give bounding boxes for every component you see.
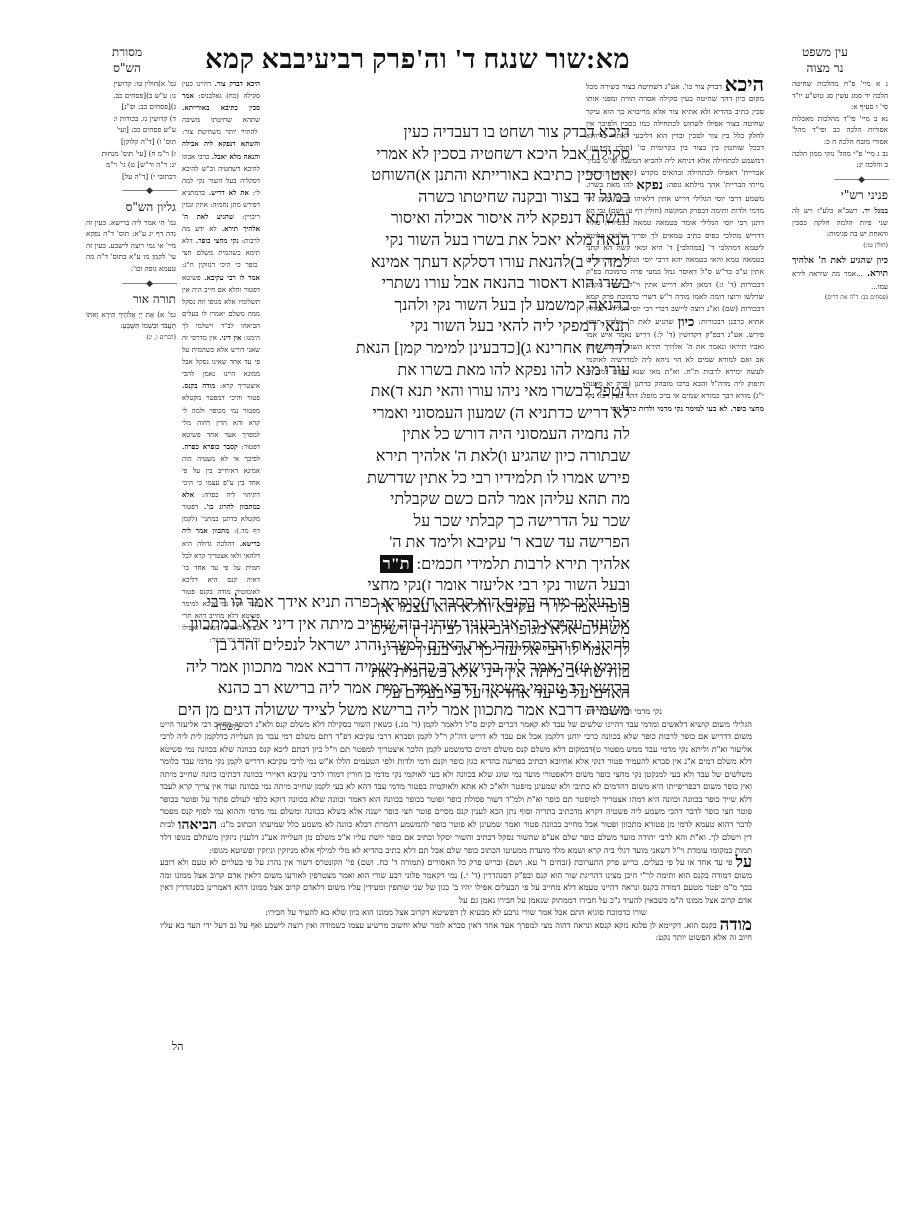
tosafot-continuation: נקי מדמי ולדות כרבי יוסי [160, 705, 752, 718]
gemara-line: שכר על הדרישה כך קבלתי שכר על [264, 511, 630, 533]
rashi-dh: את לא דריש. [209, 189, 249, 197]
rashi-body: היכא דבדק צור. דהיינו כעין סקילה (כח) גא… [182, 78, 260, 646]
gemara-line: במגל יד בצור ובקנה שחיטתו כשרה [264, 187, 630, 209]
gemara-line: והשתא דנפקא ליה איסור אכילה ואיסור [264, 208, 630, 230]
gilyon-hashas-title: גליון הש"ס [86, 202, 176, 214]
gemara-line-text: אלהיך תירא לרבות תלמידי חכמים: [413, 555, 630, 573]
ner-mitzvah-label-line: נר מצוה [790, 60, 860, 76]
ornament-divider: ―――◆――― [792, 175, 888, 187]
ein-mishpat-label-line: עין משפט [790, 44, 860, 60]
rashi-dh: מודה בקנס. [182, 382, 215, 390]
mesoret-line: יג: ד"ה ור"ש] ט) גי' ר"מ [86, 159, 176, 171]
mesoret-hashas-column: גמ' א)חולין טו: קדושין נו: ע"ש ב)[פסחים … [86, 78, 176, 343]
gemara-line: מה תהא עליהן אמר להם כשם שקבלתי [264, 489, 630, 511]
rashi-dh: אמר לו רבי עקיבא. [204, 274, 260, 282]
mesoret-line: נו: ע"ש ב)[פסחים כב. [86, 90, 176, 102]
chapter-title: פרק רביעי [307, 44, 416, 75]
pninei-rashi-title: פניני רש"י [792, 190, 888, 202]
mesoret-line: דכתובי י) [ד"ה על] [86, 171, 176, 183]
hashas-label-line: הש"ס [92, 60, 162, 76]
gemara-line: פי בעלים מודה בקנס הוא קסבר ח)כופרא כפרה… [176, 592, 630, 614]
torah-or-text: גמ' א) אֶת יְיָ אֱלֹהֶיךָ תִּירָא וְאֹתו… [86, 309, 176, 332]
mesoret-line: ע"ש פסחים כב: [ועי' [86, 124, 176, 136]
rashi-text: לפיכך אי לא מעטיה הוה אמינא דאיחייב בין … [182, 455, 260, 499]
rashi-text: שתהא שחיטתו משיבה להתיר יותר משחיטת צור: [182, 116, 260, 136]
mesoret-label-line: מסורת [92, 44, 162, 60]
gemara-line: פירש אמרו לו תלמידיו רבי כל אתין שדרשת [264, 468, 630, 490]
tosafot-dh-large: כיון [678, 315, 694, 330]
mesoret-line: ז) ר"מ ח) [עי' תוס' מנחות [86, 148, 176, 160]
mesoret-line: ד) קדושין נז. בכורות ו: [86, 113, 176, 125]
mesoret-line: ג)[פסחים כב: ופ"נ] [86, 101, 176, 113]
gemara-line: הנאה מלא יאכל את בשרו בעל השור נקי [264, 230, 630, 252]
gemara-line: היכא דבדק צור ושחט בו דעבדיה כעין [264, 122, 630, 144]
tosafot-paragraph: שורו כדמוכח סוגיא התם אבל אמר שורי נרבע … [160, 906, 752, 919]
tosafot-dh-large: היכא [725, 72, 764, 96]
torah-or-ref: (דברים ו, יג) [86, 332, 176, 344]
tosafot-text: פי עד אחד או על פי בעלים. בריש פרק התערו… [160, 857, 752, 905]
tosafot-paragraph: מודה בקנס הוא. דקיימא לן פלגא נזקא קנסא … [160, 919, 752, 944]
gemara-line: תנאי דמפקי ליה להאי בעל השור נקי [264, 316, 630, 338]
tosafot-dh-large: הביאהו [178, 817, 217, 833]
rashi-dh: היכא דבדק צור. [214, 80, 260, 88]
gemara-line: סקילה אבל היכא דשחטיה בסכין לא אמרי [264, 144, 630, 166]
ein-mishpat-column: נ א מיי' פ"ח מהלכות שחיטה הלכה יד סמג עש… [792, 78, 888, 304]
gemara-line: לדרשה אחרינא ג)[כדבעינן למימר קמן] הנאת [264, 338, 630, 360]
gemara-line: לה נחמיה העמסוני היה דורש כל אתין [264, 424, 630, 446]
gemara-line: בהנאה קמשמע לן בעל השור נקי ולהנך [264, 295, 630, 317]
tosafot-text: הגלילי משום קושיא דלאשים ומדמי עבד דהיינ… [160, 719, 752, 829]
tanu-rabanan-marker: ת"ר [380, 555, 413, 573]
tractate-title: בבא קמא [205, 44, 306, 75]
folio-number: מא: [586, 44, 630, 75]
page-marker: הל [172, 1040, 183, 1053]
ornament-divider: ―――◆――― [86, 279, 176, 291]
ornament-divider: ―――◆――― [86, 186, 176, 198]
ein-mishpat-entry: נב ג מיי' פ"י מהל' נזקי ממון הלכה ב והלכ… [792, 148, 888, 171]
gemara-line: להרוג את הבהמה והרג את האדם למצרי והרג י… [176, 635, 630, 657]
rashi-commentary: היכא דבדק צור. דהיינו כעין סקילה (כח) גא… [182, 78, 260, 646]
gemara-line: עורו מנא להו נפקא להו מאת בשרו את [264, 360, 630, 382]
gemara-line: אליעזר עקיבא כך אני בעניך שדיני בזה שחיי… [176, 614, 630, 636]
torah-or-title: תורה אור [86, 294, 176, 306]
gemara-line: לא דריש כדתניא ה) שמעון העמסוני ואמרי [264, 403, 630, 425]
tosafot-dh-large: נפקא [636, 178, 663, 193]
gemara-line: אטו סכין כתיבא באורייתא והתנן א)השוחט [264, 165, 630, 187]
pninei-rashi-entry: במגל יד. רשב"א כלע"ז ויש לה שני פיות הלמ… [792, 205, 888, 251]
gemara-line: קיימא ט)הי אמר ליה ברישא רב כהנא משמיה ד… [176, 657, 630, 679]
tosafot-text: שורו כדמוכח סוגיא התם אבל אמר שורי נרבע … [265, 907, 647, 917]
ein-mishpat-label: עין משפט נר מצוה [790, 44, 860, 76]
rashi-dh: נקי מחצי כופר. [196, 237, 239, 245]
rashi-dh: אין דיני. [219, 334, 241, 342]
pninei-rashi-dh: במגל יד. [862, 206, 888, 215]
gemara-line: הפרישה עד שבא ר' עקיבא ולימד את ה' [264, 532, 630, 554]
gemara-line: ברישא רב טבומי משמיה דרבא אמר המית אמר ל… [176, 678, 630, 700]
ein-mishpat-entry: נ א מיי' פ"ח מהלכות שחיטה הלכה יד סמג עש… [792, 78, 888, 113]
tosafot-lower: נקי מדמי ולדות כרבי יוסי הגלילי משום קוש… [160, 705, 752, 944]
rashi-text: פשיטא דפטור והלא אם חייב היה אין תשלומיו… [182, 274, 260, 342]
tosafot-paragraph: על פי עד אחד או על פי בעלים. בריש פרק הת… [160, 856, 752, 906]
pninei-rashi-entry: כיון שהגיע לאת ה' אלהיך תירא. ...אמר מה … [792, 255, 888, 303]
mesoret-label: מסורת הש"ס [92, 44, 162, 76]
tosafot-dh-large: על [735, 852, 752, 871]
pninei-rashi-ref: (חולין טו:) [792, 240, 888, 252]
rashi-dh: קסבר כופרא כפרה. [182, 443, 238, 451]
mishnah-title: שור שנגח ד' וה' [416, 44, 586, 75]
mesoret-line: תוס' ו) [ד"ה קלוקן] [86, 136, 176, 148]
gemara-line: שבתורה כיון שהגיע ו)לאת ה' אלהיך תירא [264, 446, 630, 468]
gemara-line: הטפל לבשרו מאי ניהו עורו והאי תנא ד)את [264, 381, 630, 403]
mesoret-line: גמ' א)חולין טו: קדושין [86, 78, 176, 90]
gemara-line: למה לי ב)להנאת עורו דסלקא דעתך אמינא [264, 252, 630, 274]
page-header: מא: שור שנגח ד' וה' פרק רביעי בבא קמא [260, 38, 630, 80]
tosafot-paragraph: הגלילי משום קושיא דלאשים ומדמי עבד דהיינ… [160, 718, 752, 857]
tosafot-text: שמיעתו הכתוב מ"נ: [220, 819, 284, 829]
gemara-line: אלהיך תירא לרבות תלמידי חכמים: ת"ר [264, 554, 630, 576]
gemara-line: בשרו הוא דאסור בהנאה אבל עורו נשתרי [264, 273, 630, 295]
pninei-rashi-ref: (פסחים כב: ד"ה את דרים) [792, 292, 888, 304]
gilyon-hashas-text: גמ' הי אמר ליה ברישא. כעין זה נדה דף יג … [86, 217, 176, 275]
ein-mishpat-entry: נא ב מיי' פי"ד מהלכות מאכלות אסורות הלכה… [792, 113, 888, 148]
tosafot-text: בקנס הוא. דקיימא לן פלגא נזקא קנסא ונראה… [160, 920, 752, 943]
